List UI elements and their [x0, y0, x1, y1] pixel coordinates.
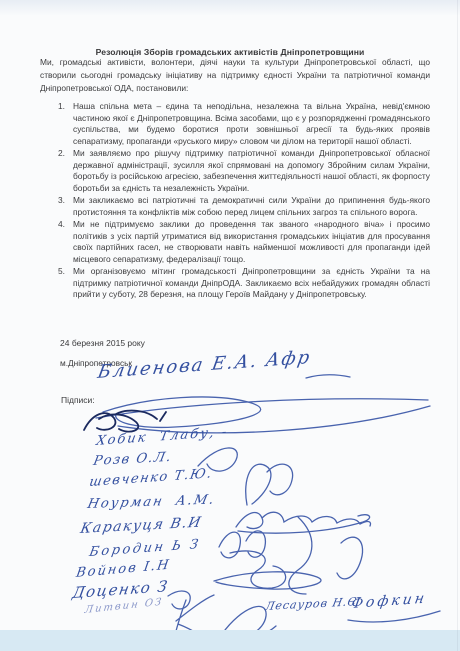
signature: Доценко З	[71, 577, 170, 602]
ink-s-curve	[289, 517, 363, 594]
ink-long-sweep-upper	[96, 399, 428, 418]
signature: Фофкин	[350, 590, 428, 612]
signature: Лесауров Н.Є	[264, 595, 358, 613]
resolution-list: Наша спільна мета – єдина та неподільна,…	[58, 101, 430, 302]
intro-paragraph: Ми, громадські активісти, волонтери, дія…	[40, 56, 430, 95]
resolution-item: Ми закликаємо всі патріотичні та демокра…	[58, 195, 430, 218]
ink-paraph-right	[236, 512, 371, 533]
signature: Бородин Ь З	[88, 537, 202, 560]
date-line: 24 березня 2015 року	[60, 338, 145, 348]
signature: Литвин ОЗ	[84, 597, 164, 616]
ink-loop-dotsenko	[168, 591, 190, 609]
signatures-area: Блиенова Е.А. АфрХобик Тлабу, -Розв О.Л.…	[0, 0, 460, 651]
scan-bottom-band	[0, 630, 460, 651]
signature: Ноурман А.М.	[86, 492, 217, 512]
city-line: м.Дніпропетровськ	[60, 358, 132, 368]
ink-loops-center	[230, 551, 286, 588]
ink-dash	[306, 375, 350, 378]
resolution-item: Ми організовуємо мітинг громадськості Дн…	[58, 266, 430, 301]
signatures-label: Підписи:	[61, 395, 95, 405]
signature-ink-flourishes	[0, 0, 460, 651]
signature: Войнов І.Н	[75, 557, 172, 581]
ink-flourish-shevchenko	[246, 464, 293, 505]
resolution-item: Ми заявляємо про рішучу підтримку патріо…	[58, 148, 430, 194]
ink-scribble-loop	[103, 397, 261, 427]
signature: Розв О.Л.	[92, 450, 173, 469]
resolution-item: Наша спільна мета – єдина та неподільна,…	[58, 101, 430, 147]
ink-underline-right	[348, 611, 440, 622]
ink-scribble-dark	[84, 411, 166, 432]
signature: Хобик Тлабу, -	[95, 425, 230, 449]
ink-sweep-voinov	[214, 572, 321, 589]
resolution-item: Ми не підтримуємо заклики до проведення …	[58, 219, 430, 265]
scanned-resolution-document: Резолюція Зборів громадських активістів …	[0, 0, 460, 651]
signature: шевченко Т.Ю.	[88, 466, 214, 490]
ink-loops-karakutsia	[219, 531, 265, 558]
ink-flourish-rozov	[198, 448, 237, 471]
signature: Каракуця В.И	[79, 514, 203, 537]
ink-long-sweep-lower	[118, 406, 430, 433]
